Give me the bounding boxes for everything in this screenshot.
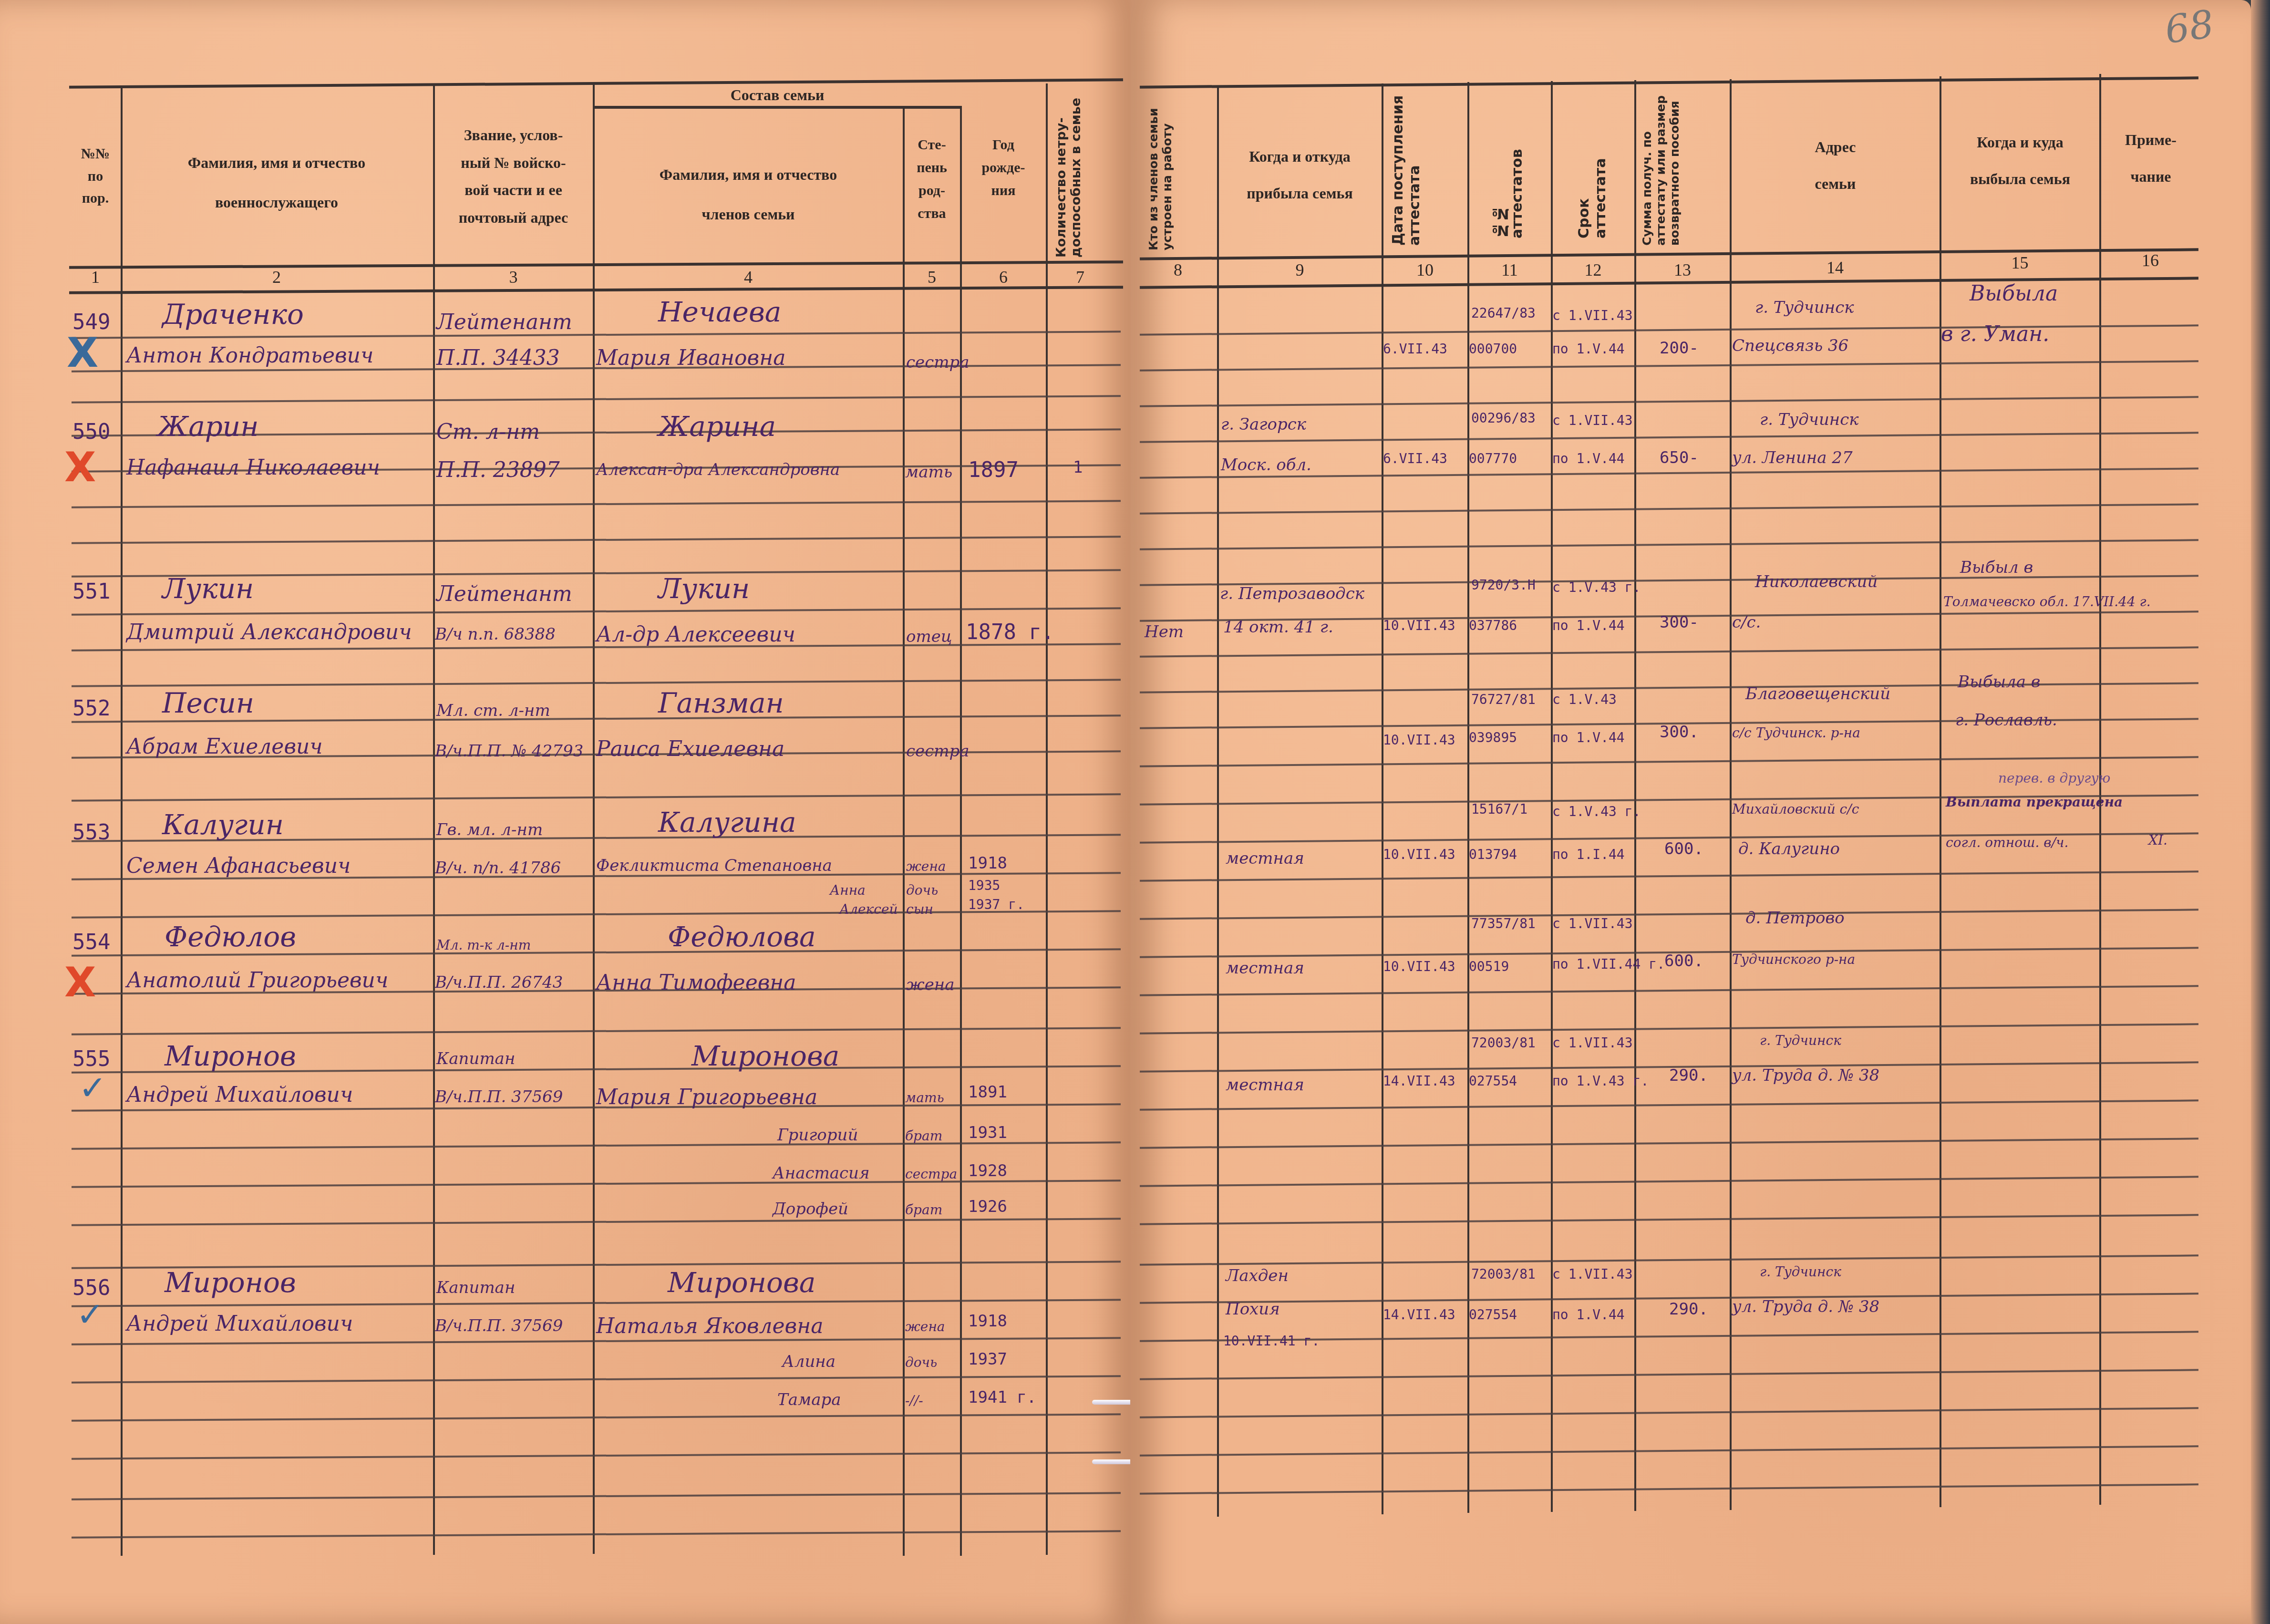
entry-550-term-a: c 1.VII.43 bbox=[1552, 413, 1633, 428]
header-col15-line: выбыла семья bbox=[1941, 161, 2099, 197]
entry-550-disabled-count: 1 bbox=[1073, 458, 1083, 477]
entry-553-number: 553 bbox=[72, 820, 110, 845]
entry-551-term-a: c 1.V.43 г. bbox=[1552, 579, 1641, 595]
entry-555-family-name-4: Дорофей bbox=[773, 1200, 848, 1219]
entry-549-relation: сестра bbox=[906, 353, 969, 372]
row-rule bbox=[72, 910, 1121, 918]
entry-555-check-icon: ✓ bbox=[79, 1068, 107, 1107]
entry-555-unit: В/ч.П.П. 37569 bbox=[435, 1087, 563, 1107]
col-divider bbox=[1940, 76, 1941, 1507]
entry-556-family-name-2: Алина bbox=[782, 1352, 836, 1371]
entry-549-sum: 200- bbox=[1660, 339, 1699, 358]
entry-553-year-3: 1937 г. bbox=[968, 897, 1024, 912]
entry-551-left-a: Выбыл в bbox=[1960, 558, 2033, 577]
row-rule bbox=[1140, 1407, 2198, 1418]
header-col15-line: Когда и куда bbox=[1941, 124, 2099, 161]
entry-551-number: 551 bbox=[72, 579, 110, 604]
entry-551-addr-a: Николаевский bbox=[1755, 572, 1878, 591]
colnum-13: 13 bbox=[1635, 260, 1730, 280]
entry-555-year-2: 1931 bbox=[968, 1123, 1007, 1142]
entry-550-arrived-a: г. Загорск bbox=[1221, 415, 1306, 434]
entry-554-term-b: по 1.VII.44 г. bbox=[1552, 956, 1665, 972]
book-right-edge bbox=[2251, 0, 2270, 1624]
colnum-4: 4 bbox=[594, 267, 903, 287]
entry-556-rank: Капитан bbox=[436, 1278, 515, 1297]
header-col6: Год рожде- ния bbox=[961, 134, 1046, 202]
row-rule bbox=[72, 1413, 1121, 1421]
entry-551-given: Дмитрий Александрович bbox=[126, 620, 412, 644]
entry-550-given: Нафанаил Николаевич bbox=[126, 455, 380, 480]
entry-556-check-icon: ✓ bbox=[76, 1295, 104, 1334]
entry-554-arrived: местная bbox=[1226, 959, 1304, 978]
entry-555-att-date: 14.VII.43 bbox=[1383, 1073, 1455, 1089]
entry-553-year-1: 1918 bbox=[968, 854, 1007, 873]
entry-555-number: 555 bbox=[72, 1047, 110, 1071]
entry-550-unit: П.П. 23897 bbox=[436, 458, 560, 482]
header-col16-line: Приме- bbox=[2101, 122, 2201, 158]
entry-551-rank: Лейтенант bbox=[436, 582, 572, 606]
header-col3: Звание, услов- ный № войско- вой части и… bbox=[434, 122, 593, 231]
entry-553-left-b: согл. отнош. в/ч. bbox=[1946, 835, 2068, 850]
colnum-3: 3 bbox=[434, 267, 593, 287]
row-rule bbox=[72, 1375, 1121, 1383]
colnum-6: 6 bbox=[961, 267, 1046, 287]
entry-549-att-no-a: 22647/83 bbox=[1471, 305, 1536, 321]
entry-550-family-surname: Жарина bbox=[658, 410, 776, 443]
row-rule bbox=[1140, 1176, 2198, 1187]
row-rule bbox=[1140, 396, 2198, 407]
entry-552-term-b: по 1.V.44 bbox=[1552, 730, 1625, 745]
entry-550-sum: 650- bbox=[1660, 448, 1699, 467]
col-divider bbox=[1467, 82, 1469, 1513]
entry-554-given: Анатолий Григорьевич bbox=[126, 968, 388, 993]
entry-551-employed: Нет bbox=[1145, 622, 1184, 641]
entry-552-sum: 300. bbox=[1660, 723, 1699, 742]
entry-553-sum: 600. bbox=[1664, 839, 1703, 859]
entry-556-family-name-1: Наталья Яковлевна bbox=[596, 1314, 823, 1338]
entry-553-left-a: Выплата прекращена bbox=[1946, 794, 2123, 810]
entry-554-surname: Федюлов bbox=[165, 921, 296, 953]
header-col3-line: Звание, услов- bbox=[434, 122, 593, 149]
entry-556-relation-3: -//- bbox=[905, 1393, 923, 1408]
header-col14-line: семьи bbox=[1731, 166, 1940, 202]
entry-555-arrived: местная bbox=[1226, 1076, 1304, 1095]
entry-550-arrived-b: Моск. обл. bbox=[1221, 455, 1311, 475]
row-rule bbox=[72, 1451, 1121, 1459]
entry-555-year-1: 1891 bbox=[968, 1083, 1007, 1102]
entry-553-att-no-a: 15167/1 bbox=[1471, 801, 1527, 817]
colnum-11: 11 bbox=[1468, 260, 1551, 280]
entry-553-addr-b: д. Калугино bbox=[1738, 839, 1840, 859]
colnum-2: 2 bbox=[122, 267, 432, 287]
row-rule bbox=[72, 395, 1121, 403]
header-col9-line: прибыла семья bbox=[1218, 175, 1382, 212]
header-col4: Фамилия, имя и отчество членов семьи bbox=[594, 155, 903, 234]
col-divider bbox=[121, 87, 123, 1556]
entry-552-family-name: Раиса Ехиелевна bbox=[596, 737, 784, 761]
entry-550-rank: Ст. л-нт bbox=[436, 420, 540, 444]
entry-553-unit: В/ч. п/п. 41786 bbox=[435, 859, 561, 878]
row-rule bbox=[1140, 539, 2198, 550]
entry-553-term-a: c 1.V.43 г. bbox=[1552, 804, 1641, 819]
entry-550-family-name: Алексан-дра Александровна bbox=[596, 460, 840, 479]
row-rule bbox=[1140, 1138, 2198, 1148]
header-col8: Кто из членов семьи устроен на работу bbox=[1147, 93, 1214, 250]
row-rule bbox=[1140, 756, 2198, 767]
header-col11: №№ аттестатов bbox=[1493, 119, 1531, 238]
entry-549-unit: П.П. 34433 bbox=[436, 346, 560, 370]
entry-550-relation: мать bbox=[905, 463, 952, 482]
header-col5: Сте- пень род- ства bbox=[904, 134, 960, 225]
entry-549-rank: Лейтенант bbox=[436, 310, 572, 334]
entry-551-family-surname: Лукин bbox=[658, 572, 750, 605]
entry-553-year-2: 1935 bbox=[968, 878, 1000, 893]
row-rule bbox=[1140, 646, 2198, 657]
col-divider bbox=[2099, 74, 2101, 1505]
col-divider bbox=[1634, 80, 1636, 1511]
header-col2: Фамилия, имя и отчество военнослужащего bbox=[122, 143, 432, 222]
entry-550-addr-a: г. Тудчинск bbox=[1760, 410, 1859, 429]
entry-555-year-3: 1928 bbox=[968, 1161, 1007, 1180]
entry-552-number: 552 bbox=[72, 696, 110, 721]
col-divider bbox=[1730, 79, 1732, 1510]
entry-550-term-b: по 1.V.44 bbox=[1552, 451, 1625, 466]
entry-556-relation-2: дочь bbox=[905, 1355, 937, 1370]
entry-553-att-no-b: 013794 bbox=[1469, 847, 1517, 862]
entry-552-term-a: c 1.V.43 bbox=[1552, 692, 1617, 707]
entry-551-sum: 300- bbox=[1660, 613, 1699, 632]
left-page: Состав семьи №№ по пор. Фамилия, имя и о… bbox=[0, 0, 1131, 1624]
entry-554-mark-icon: X bbox=[64, 959, 96, 1006]
header-col2-line: Фамилия, имя и отчество bbox=[122, 143, 432, 183]
entry-550-year: 1897 bbox=[968, 458, 1019, 482]
entry-549-left-a: Выбыла bbox=[1970, 281, 2058, 306]
header-family-group: Состав семьи bbox=[594, 83, 961, 107]
row-rule bbox=[72, 1218, 1121, 1226]
header-col1-line: по bbox=[72, 166, 119, 188]
entry-553-rank: Гв. мл. л-нт bbox=[436, 820, 543, 839]
entry-553-addr-a: Михайловский с/с bbox=[1732, 801, 1859, 817]
entry-553-relation-1: жена bbox=[906, 859, 946, 874]
colnum-15: 15 bbox=[1940, 253, 2099, 273]
entry-552-unit: В/ч.П.П. № 42793 bbox=[435, 742, 583, 761]
entry-555-addr-a: г. Тудчинск bbox=[1760, 1033, 1841, 1048]
entry-554-relation: жена bbox=[906, 975, 954, 994]
entry-553-given: Семен Афанасьевич bbox=[126, 854, 351, 878]
entry-552-rank: Мл. ст. л-нт bbox=[436, 701, 550, 720]
entry-554-term-a: c 1.VII.43 bbox=[1552, 916, 1633, 931]
colnum-9: 9 bbox=[1218, 260, 1382, 280]
entry-556-arrived-c: 10.VII.41 г. bbox=[1223, 1333, 1320, 1349]
colnum-10: 10 bbox=[1383, 260, 1467, 280]
entry-549-family-name: Мария Ивановна bbox=[596, 346, 785, 370]
entry-552-att-date: 10.VII.43 bbox=[1383, 732, 1455, 748]
entry-553-family-surname: Калугина bbox=[658, 806, 796, 838]
entry-554-addr-a: д. Петрово bbox=[1745, 909, 1845, 928]
entry-552-addr-a: Благовещенский bbox=[1745, 684, 1890, 703]
entry-551-year: 1878 г. bbox=[966, 620, 1054, 644]
entry-552-att-no-b: 039895 bbox=[1469, 730, 1517, 745]
page-number: 68 bbox=[2162, 1, 2217, 52]
row-rule bbox=[1140, 1369, 2198, 1380]
entry-556-addr-b: ул. Труда д. № 38 bbox=[1732, 1297, 1879, 1316]
col-divider bbox=[593, 85, 595, 1554]
header-col4-line: членов семьи bbox=[594, 195, 903, 234]
entry-551-att-no-b: 037786 bbox=[1469, 618, 1517, 633]
entry-549-addr-a: г. Тудчинск bbox=[1755, 298, 1854, 317]
entry-555-surname: Миронов bbox=[165, 1040, 296, 1072]
colnum-12: 12 bbox=[1552, 260, 1634, 280]
right-page: 68 Кто из членов семьи устроен на работу… bbox=[1130, 0, 2251, 1624]
entry-550-att-no-b: 007770 bbox=[1469, 451, 1517, 466]
entry-550-att-date: 6.VII.43 bbox=[1383, 451, 1447, 466]
row-rule bbox=[72, 607, 1121, 615]
row-rule bbox=[72, 536, 1121, 544]
entry-553-surname: Калугин bbox=[162, 808, 284, 841]
entry-553-note: XI. bbox=[2148, 832, 2167, 848]
header-col13: Сумма получ. по аттестату или размер воз… bbox=[1641, 88, 1726, 246]
header-col5-line: Сте- bbox=[904, 134, 960, 156]
colnum-14: 14 bbox=[1731, 258, 1940, 278]
entry-553-relation-3: сын bbox=[906, 901, 933, 917]
entry-555-year-4: 1926 bbox=[968, 1197, 1007, 1216]
row-rule bbox=[1140, 909, 2198, 920]
header-col3-line: вой части и ее bbox=[434, 176, 593, 204]
entry-552-given: Абрам Ехиелевич bbox=[126, 734, 323, 759]
row-rule bbox=[72, 1492, 1121, 1500]
entry-553-relation-2: дочь bbox=[906, 882, 938, 898]
entry-549-addr-b: Спецсвязь 36 bbox=[1732, 336, 1848, 355]
entry-553-family-name-1: Фекликтиста Степановна bbox=[596, 856, 832, 875]
entry-549-given: Антон Кондратьевич bbox=[126, 343, 373, 368]
header-col12: Срок аттестата bbox=[1576, 119, 1614, 238]
header-col1-line: пор. bbox=[72, 187, 119, 210]
entry-551-arrived-a: г. Петрозаводск bbox=[1220, 584, 1364, 603]
entry-554-addr-b: Тудчинского р-на bbox=[1732, 952, 1855, 967]
header-col1-line: №№ bbox=[72, 143, 119, 166]
header-col14: Адрес семьи bbox=[1731, 129, 1940, 202]
header-col2-line: военнослужащего bbox=[122, 183, 432, 222]
entry-554-att-date: 10.VII.43 bbox=[1383, 959, 1455, 974]
row-rule bbox=[72, 679, 1121, 687]
entry-555-given: Андрей Михайлович bbox=[126, 1083, 353, 1107]
entry-556-att-no-a: 72003/81 bbox=[1471, 1266, 1536, 1282]
entry-552-left-b: г. Рославль. bbox=[1955, 711, 2057, 730]
entry-551-att-no-a: 9720/3.Н bbox=[1471, 577, 1536, 593]
row-rule bbox=[72, 1530, 1121, 1538]
entry-556-addr-a: г. Тудчинск bbox=[1760, 1264, 1841, 1280]
entry-554-sum: 600. bbox=[1664, 952, 1703, 971]
entry-552-att-no-a: 76727/81 bbox=[1471, 692, 1536, 707]
entry-549-family-surname: Нечаева bbox=[658, 296, 781, 328]
entry-550-addr-b: ул. Ленина 27 bbox=[1732, 448, 1853, 467]
entry-553-arrived: местная bbox=[1226, 849, 1304, 868]
entry-555-sum: 290. bbox=[1669, 1066, 1708, 1085]
entry-555-family-surname: Миронова bbox=[691, 1040, 839, 1072]
header-col15: Когда и куда выбыла семья bbox=[1941, 124, 2099, 197]
entry-556-att-date: 14.VII.43 bbox=[1383, 1307, 1455, 1323]
entry-549-left-b: в г. Уман. bbox=[1941, 322, 2049, 346]
header-col16-line: чание bbox=[2101, 158, 2201, 195]
entry-552-addr-b: с/с Тудчинск. р-на bbox=[1732, 725, 1860, 741]
entry-554-number: 554 bbox=[72, 930, 110, 954]
row-rule bbox=[1140, 1445, 2198, 1456]
entry-555-att-no-a: 72003/81 bbox=[1471, 1035, 1536, 1051]
entry-551-arrived-b: 14 окт. 41 г. bbox=[1223, 618, 1333, 637]
row-rule bbox=[1140, 985, 2198, 996]
entry-554-att-no-b: 00519 bbox=[1469, 959, 1509, 974]
entry-554-att-no-a: 77357/81 bbox=[1471, 916, 1536, 931]
col-divider bbox=[1046, 83, 1048, 1555]
entry-549-att-no-b: 000700 bbox=[1469, 341, 1517, 357]
entry-550-number: 550 bbox=[72, 420, 110, 444]
row-rule bbox=[1140, 1023, 2198, 1034]
entry-556-family-surname: Миронова bbox=[668, 1266, 815, 1299]
row-rule bbox=[72, 500, 1121, 508]
entry-553-term-b: по 1.I.44 bbox=[1552, 847, 1625, 862]
entry-551-addr-b: с/с. bbox=[1732, 613, 1761, 632]
entry-555-family-name-2: Григорий bbox=[777, 1126, 858, 1145]
header-col3-line: ный № войско- bbox=[434, 149, 593, 177]
entry-556-year-3: 1941 г. bbox=[968, 1388, 1036, 1407]
header-col6-line: рожде- bbox=[961, 156, 1046, 179]
header-top-rule bbox=[1140, 76, 2198, 88]
entry-556-term-a: c 1.VII.43 bbox=[1552, 1266, 1633, 1282]
header-col16: Приме- чание bbox=[2101, 122, 2201, 195]
entry-556-year-1: 1918 bbox=[968, 1312, 1007, 1331]
entry-556-year-2: 1937 bbox=[968, 1350, 1007, 1369]
row-rule bbox=[72, 1027, 1121, 1035]
row-rule bbox=[1140, 870, 2198, 881]
row-rule bbox=[72, 1299, 1121, 1307]
entry-551-family-name: Ал-др Алексеевич bbox=[596, 622, 795, 647]
header-col3-line: почтовый адрес bbox=[434, 204, 593, 232]
row-rule bbox=[1140, 1254, 2198, 1265]
entry-554-family-surname: Федюлова bbox=[668, 921, 815, 953]
header-col5-line: пень bbox=[904, 156, 960, 179]
entry-549-att-date: 6.VII.43 bbox=[1383, 341, 1447, 357]
row-rule bbox=[1140, 1099, 2198, 1110]
row-rule bbox=[72, 1179, 1121, 1188]
header-col6-line: ния bbox=[961, 179, 1046, 202]
entry-554-rank: Мл. т-к л-нт bbox=[436, 937, 531, 953]
entry-556-term-b: по 1.V.44 bbox=[1552, 1307, 1625, 1323]
row-rule bbox=[1140, 1214, 2198, 1225]
row-rule bbox=[72, 793, 1121, 801]
header-col7: Количество нетру-доспособных в семье bbox=[1054, 91, 1106, 258]
entry-552-family-surname: Ганзман bbox=[658, 687, 784, 719]
entry-555-relation-1: мать bbox=[905, 1090, 944, 1106]
header-col5-line: ства bbox=[904, 202, 960, 225]
colnum-1: 1 bbox=[72, 267, 119, 287]
entry-549-term-a: c 1.VII.43 bbox=[1552, 308, 1633, 323]
header-col14-line: Адрес bbox=[1731, 129, 1940, 166]
entry-555-term-a: c 1.VII.43 bbox=[1552, 1035, 1633, 1051]
entry-552-relation: сестра bbox=[906, 742, 969, 761]
entry-556-arrived-b: Похия bbox=[1226, 1300, 1280, 1319]
entry-549-surname: Драченко bbox=[162, 298, 304, 331]
entry-550-surname: Жарин bbox=[157, 410, 258, 443]
entry-553-family-name-3: Алексей bbox=[839, 901, 898, 917]
entry-555-addr-b: ул. Труда д. № 38 bbox=[1732, 1066, 1879, 1085]
entry-556-given: Андрей Михайлович bbox=[126, 1312, 353, 1336]
entry-555-relation-4: брат bbox=[905, 1202, 942, 1218]
entry-556-unit: В/ч.П.П. 37569 bbox=[435, 1316, 563, 1335]
entry-555-relation-3: сестра bbox=[905, 1166, 957, 1182]
entry-556-arrived-a: Лахден bbox=[1226, 1266, 1289, 1285]
colnum-5: 5 bbox=[904, 267, 960, 287]
entry-551-surname: Лукин bbox=[162, 572, 254, 605]
row-rule bbox=[1140, 360, 2198, 371]
entry-556-family-name-3: Тамара bbox=[777, 1390, 841, 1409]
entry-550-mark-icon: X bbox=[64, 444, 96, 491]
colnum-16: 16 bbox=[2100, 250, 2200, 270]
header-col4-line: Фамилия, имя и отчество bbox=[594, 155, 903, 195]
header-col5-line: род- bbox=[904, 179, 960, 202]
colnum-7: 7 bbox=[1047, 267, 1114, 287]
entry-551-att-date: 10.VII.43 bbox=[1383, 618, 1455, 633]
col-divider bbox=[1551, 81, 1553, 1512]
entry-555-rank: Капитан bbox=[436, 1049, 515, 1068]
entry-551-left-b: Толмачевско обл. 17.VII.44 г. bbox=[1943, 594, 2151, 610]
header-col9-line: Когда и откуда bbox=[1218, 138, 1382, 175]
entry-555-family-name-1: Мария Григорьевна bbox=[596, 1085, 817, 1109]
entry-555-relation-2: брат bbox=[905, 1128, 942, 1144]
entry-554-unit: В/ч.П.П. 26743 bbox=[435, 973, 563, 992]
entry-556-sum: 290. bbox=[1669, 1300, 1708, 1319]
colnum-8: 8 bbox=[1140, 260, 1216, 280]
entry-552-surname: Песин bbox=[162, 687, 254, 719]
entry-552-left-a: Выбыла в bbox=[1958, 672, 2041, 692]
row-rule bbox=[72, 331, 1121, 339]
header-col10: Дата поступления аттестата bbox=[1390, 93, 1462, 246]
header-col6-line: Год bbox=[961, 134, 1046, 156]
entry-556-att-no-b: 027554 bbox=[1469, 1307, 1517, 1323]
entry-550-att-no-a: 00296/83 bbox=[1471, 410, 1536, 426]
entry-553-family-name-2: Анна bbox=[830, 882, 866, 898]
entry-556-relation-1: жена bbox=[905, 1319, 945, 1334]
entry-549-mark-icon: X bbox=[67, 329, 98, 377]
row-rule bbox=[1140, 503, 2198, 514]
entry-551-relation: отец bbox=[906, 627, 952, 646]
entry-549-term-b: по 1.V.44 bbox=[1552, 341, 1625, 357]
entry-554-family-name: Анна Тимофеевна bbox=[596, 971, 796, 995]
entry-551-term-b: по 1.V.44 bbox=[1552, 618, 1625, 633]
entry-553-att-date: 10.VII.43 bbox=[1383, 847, 1455, 862]
row-rule bbox=[72, 1141, 1121, 1149]
entry-551-unit: В/ч п.п. 68388 bbox=[435, 625, 556, 644]
entry-555-term-b: по 1.V.43 г. bbox=[1552, 1073, 1649, 1089]
entry-555-family-name-3: Анастасия bbox=[773, 1164, 869, 1183]
header-col9: Когда и откуда прибыла семья bbox=[1218, 138, 1382, 212]
entry-556-surname: Миронов bbox=[165, 1266, 296, 1299]
entry-553-left-note: перев. в другую bbox=[1998, 770, 2110, 786]
header-col1: №№ по пор. bbox=[72, 143, 119, 210]
entry-555-att-no-b: 027554 bbox=[1469, 1073, 1517, 1089]
row-rule bbox=[1140, 1483, 2198, 1494]
